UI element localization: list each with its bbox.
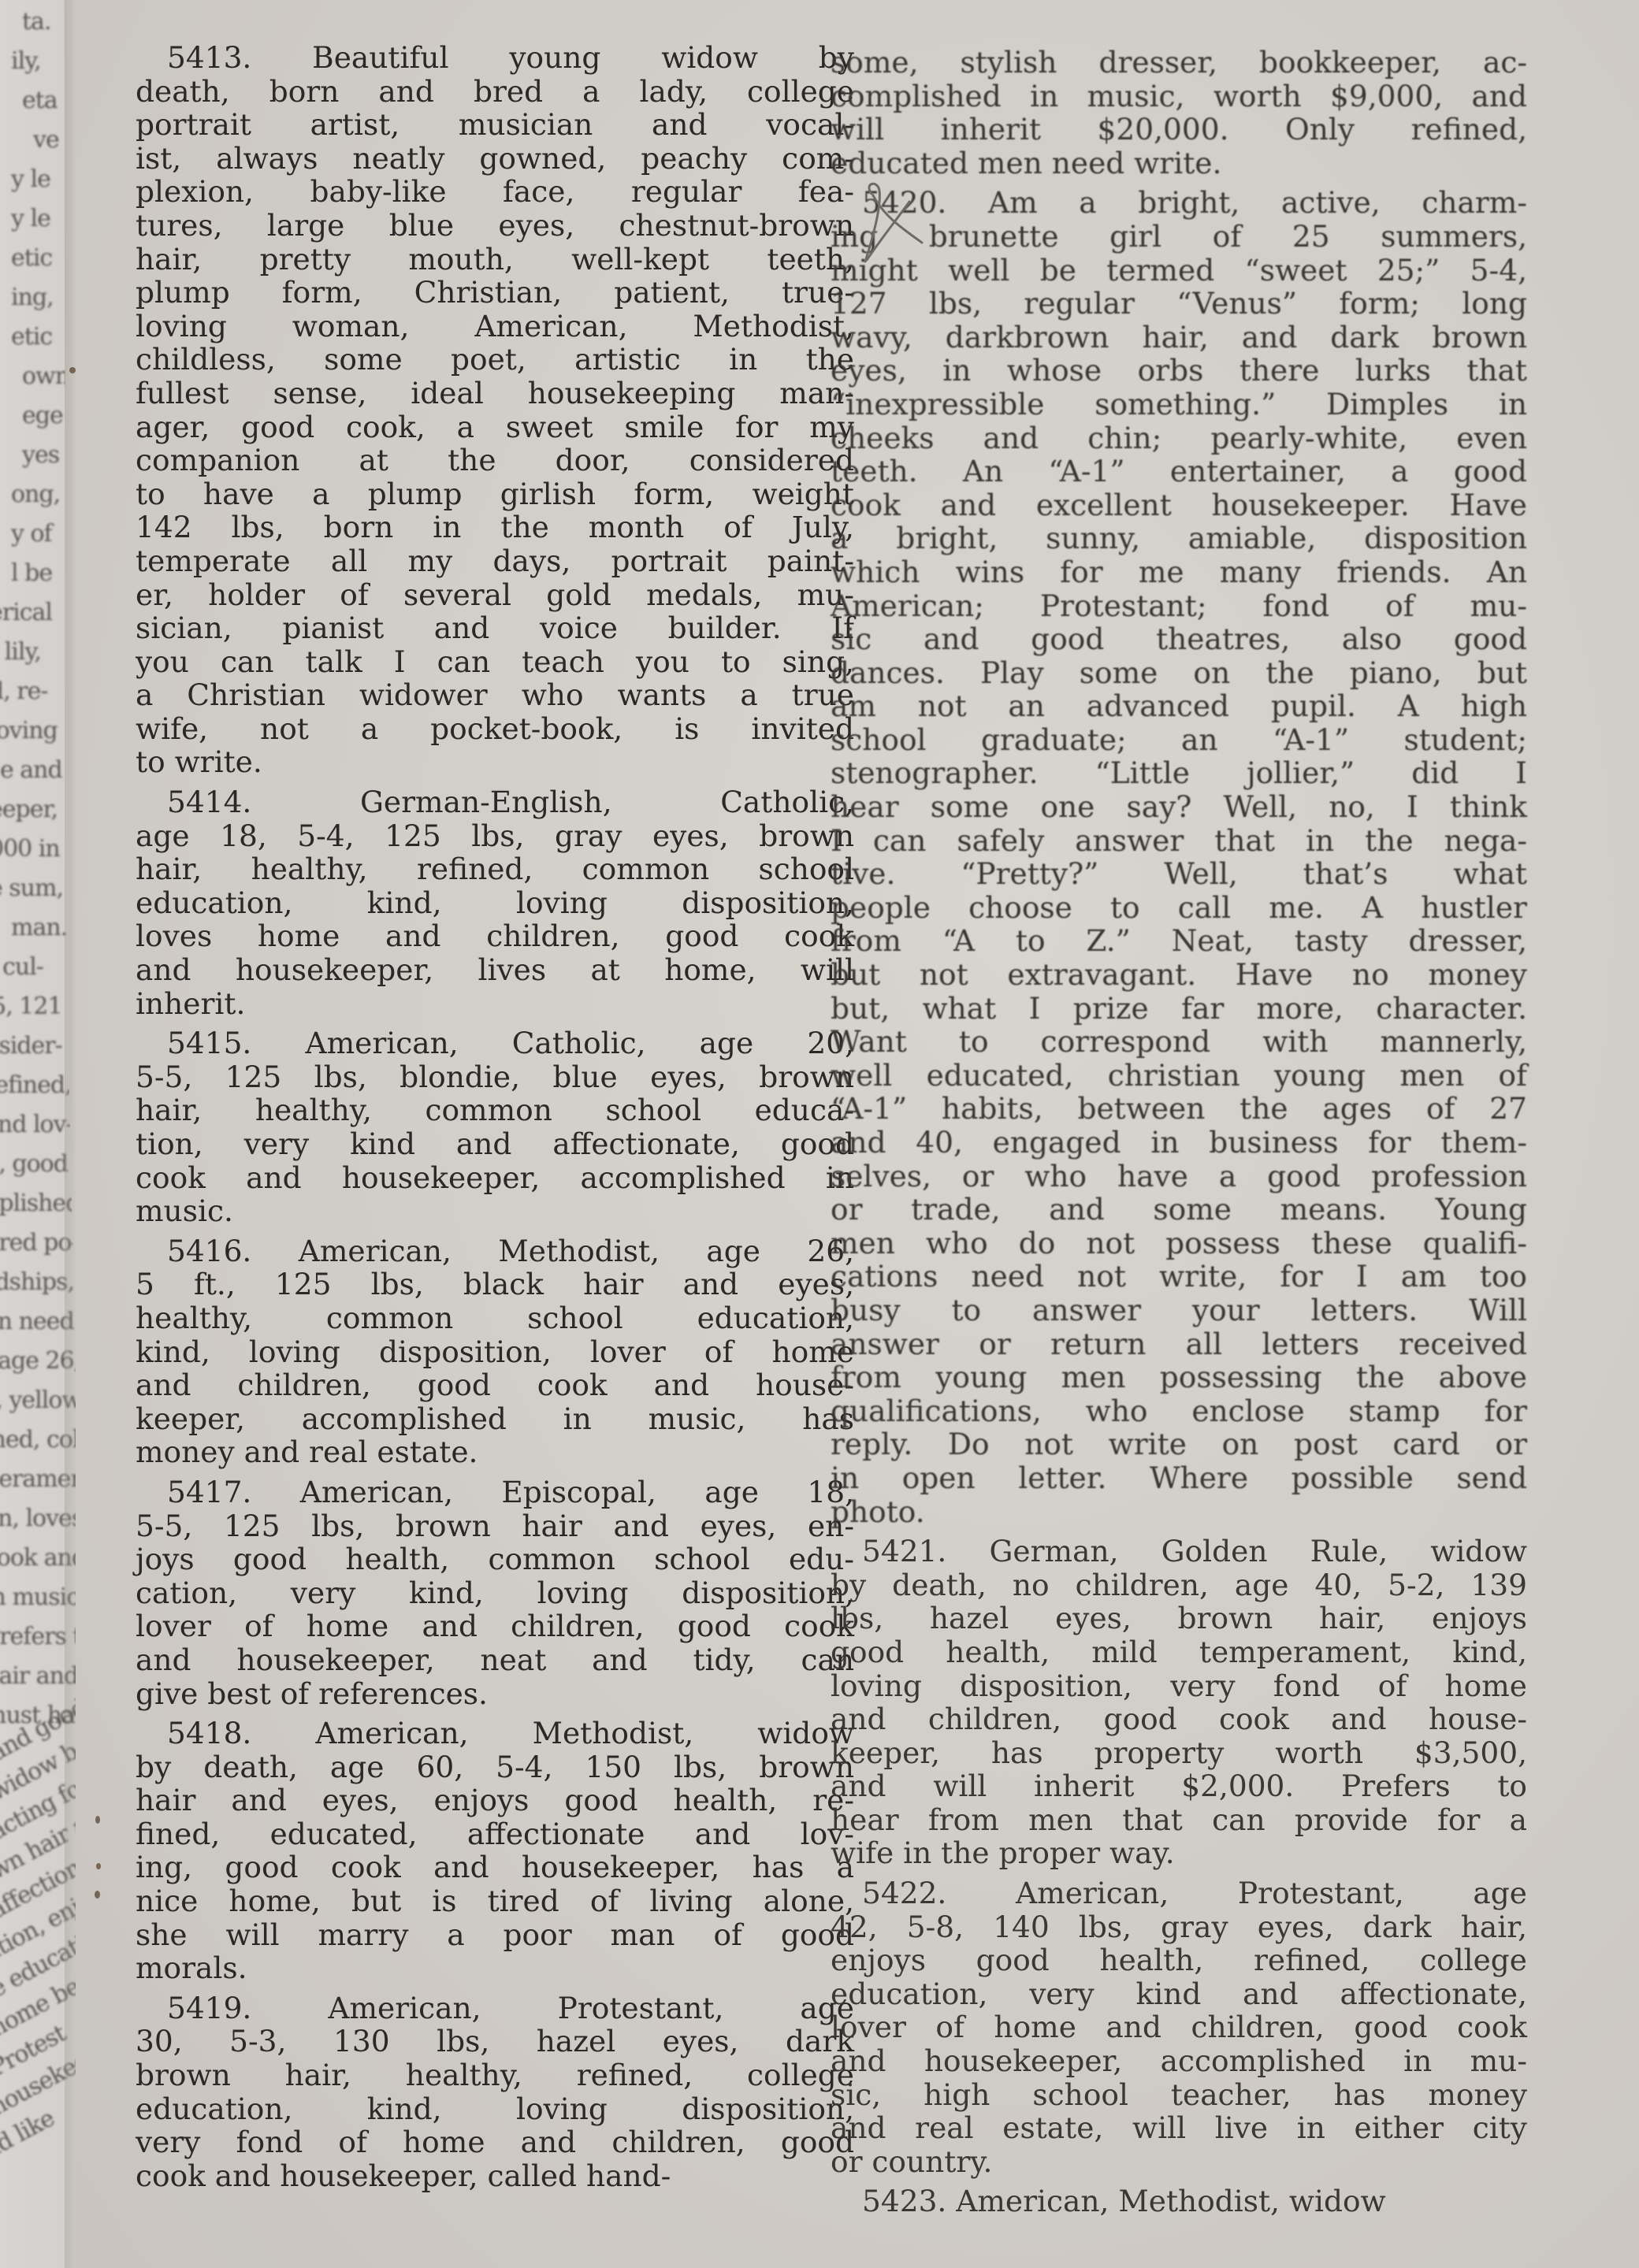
- text-line: fullest sense, ideal housekeeping man-: [136, 377, 854, 410]
- facing-page-fragment: ong,: [11, 481, 60, 508]
- text-line: lover of home and children, good cook: [136, 1609, 854, 1643]
- text-line: which wins for me many friends. An: [831, 555, 1527, 589]
- text-line: wife, not a pocket-book, is invited: [136, 712, 854, 746]
- facing-page-fragment: erical: [0, 599, 52, 626]
- facing-page-fragment: y of: [11, 520, 52, 548]
- text-line: 30, 5-3, 130 lbs, hazel eyes, dark: [136, 2025, 854, 2058]
- text-line: hair, healthy, common school educa-: [136, 1093, 854, 1127]
- facing-page-fragment: refined,: [0, 1071, 72, 1099]
- facing-page-fragment: ege: [22, 402, 63, 429]
- text-line: enjoys good health, refined, college: [831, 1943, 1527, 1977]
- text-line: to write.: [136, 745, 854, 779]
- text-line: 42, 5-8, 140 lbs, gray eyes, dark hair,: [831, 1910, 1527, 1944]
- text-line: keeper, accomplished in music, has: [136, 1402, 854, 1436]
- text-line: ist, always neatly gowned, peachy com-: [136, 142, 854, 176]
- text-line: fined, educated, affectionate and lov-: [136, 1817, 854, 1851]
- text-line: she will marry a poor man of good: [136, 1918, 854, 1952]
- facing-page-fragment: 000 in: [0, 835, 60, 863]
- listing-5416: 5416. American, Methodist, age 26,5 ft.,…: [136, 1234, 854, 1469]
- text-line: education, kind, loving disposition,: [136, 2092, 854, 2126]
- facing-page-fragment: ta.: [22, 8, 50, 35]
- text-line: inherit.: [136, 987, 854, 1021]
- listing-5419: 5419. American, Protestant, age30, 5-3, …: [136, 1991, 854, 2193]
- text-line: and housekeeper, accomplished in mu-: [831, 2044, 1527, 2078]
- listing-5415: 5415. American, Catholic, age 20,5-5, 12…: [136, 1026, 854, 1228]
- text-line: 142 lbs, born in the month of July,: [136, 510, 854, 544]
- facing-page-fragment: en need: [0, 1308, 74, 1335]
- text-line: eyes, in whose orbs there lurks that: [831, 354, 1527, 388]
- facing-page-fragment: , cul-: [0, 953, 43, 981]
- text-line: 5414. German-English, Catholic,: [136, 785, 854, 819]
- facing-page-fragment: y le: [11, 205, 50, 232]
- text-line: ing, good cook and housekeeper, has a: [136, 1850, 854, 1884]
- text-line: hair, pretty mouth, well-kept teeth,: [136, 243, 854, 277]
- listing-5418: 5418. American, Methodist, widowby death…: [136, 1717, 854, 1985]
- text-line: keeper, has property worth $3,500,: [831, 1736, 1527, 1770]
- text-line: healthy, common school education,: [136, 1301, 854, 1335]
- listing-5421: 5421. German, Golden Rule, widowby death…: [831, 1535, 1527, 1870]
- text-line: from young men possessing the above: [831, 1360, 1527, 1394]
- text-line: am not an advanced pupil. A high: [831, 689, 1527, 723]
- text-line: Want to correspond with mannerly,: [831, 1025, 1527, 1059]
- text-line: might well be termed “sweet 25;” 5-4,: [831, 254, 1527, 288]
- listing-5417: 5417. American, Episcopal, age 18,5-5, 1…: [136, 1475, 854, 1710]
- pencil-x-mark-icon: [860, 180, 924, 266]
- facing-page-fragment: e and: [0, 756, 62, 784]
- facing-page-fragment: d, re-: [0, 677, 48, 705]
- text-line: some, stylish dresser, bookkeeper, ac-: [831, 46, 1527, 80]
- facing-page-fragment: ve: [33, 126, 59, 154]
- text-line: and 40, engaged in business for them-: [831, 1126, 1527, 1160]
- text-line: lover of home and children, good cook: [831, 2010, 1527, 2044]
- text-line: er, holder of several gold medals, mu-: [136, 578, 854, 612]
- text-line: 5417. American, Episcopal, age 18,: [136, 1475, 854, 1509]
- facing-page-fragment: ily,: [11, 47, 41, 75]
- facing-page-fragment: eeper,: [0, 796, 58, 823]
- facing-page-fragment: rdships,: [0, 1268, 74, 1296]
- text-line: music.: [136, 1194, 854, 1228]
- text-line: education, very kind and affectionate,: [831, 1977, 1527, 2011]
- text-line: loving disposition, very fond of home: [831, 1669, 1527, 1703]
- text-line: money and real estate.: [136, 1435, 854, 1469]
- text-line: joys good health, common school edu-: [136, 1542, 854, 1576]
- text-line: I can safely answer that in the nega-: [831, 824, 1527, 858]
- text-line: qualifications, who enclose stamp for: [831, 1394, 1527, 1428]
- page-smudge: [95, 1891, 100, 1899]
- text-line: cook and excellent housekeeper. Have: [831, 488, 1527, 522]
- text-line: teeth. An “A-1” entertainer, a good: [831, 455, 1527, 488]
- text-line: give best of references.: [136, 1677, 854, 1711]
- text-line: hear some one say? Well, no, I think: [831, 790, 1527, 824]
- text-line: wife in the proper way.: [831, 1836, 1527, 1870]
- facing-page-fragment: etic: [11, 244, 52, 272]
- continuation-5419: some, stylish dresser, bookkeeper, ac-co…: [831, 46, 1527, 180]
- text-line: sician, pianist and voice builder. If: [136, 611, 854, 645]
- text-line: ing brunette girl of 25 summers,: [831, 220, 1527, 254]
- text-line: and housekeeper, lives at home, will: [136, 953, 854, 987]
- text-line: 5 ft., 125 lbs, black hair and eyes,: [136, 1268, 854, 1301]
- text-line: 5415. American, Catholic, age 20,: [136, 1026, 854, 1060]
- text-line: hear from men that can provide for a: [831, 1803, 1527, 1837]
- text-line: lbs, hazel eyes, brown hair, enjoys: [831, 1602, 1527, 1635]
- text-line: complished in music, worth $9,000, and: [831, 80, 1527, 113]
- text-line: hair, healthy, refined, common school: [136, 852, 854, 886]
- facing-page-fragment: l, lily,: [0, 638, 41, 666]
- text-line: dances. Play some on the piano, but: [831, 656, 1527, 690]
- facing-page-fragment: yes: [22, 441, 59, 469]
- text-line: plexion, baby-like face, regular fea-: [136, 175, 854, 209]
- facing-page-fragment: n, good: [0, 1150, 68, 1178]
- text-line: good health, mild temperament, kind,: [831, 1635, 1527, 1669]
- text-line: 127 lbs, regular “Venus” form; long: [831, 287, 1527, 321]
- text-line: temperate all my days, portrait paint-: [136, 544, 854, 578]
- text-line: and housekeeper, neat and tidy, can: [136, 1643, 854, 1677]
- text-line: 5421. German, Golden Rule, widow: [831, 1535, 1527, 1568]
- text-line: people choose to call me. A hustler: [831, 891, 1527, 925]
- facing-page-fragment: nsider-: [0, 1032, 62, 1060]
- text-line: and children, good cook and house-: [831, 1702, 1527, 1736]
- text-line: sic, high school teacher, has money: [831, 2078, 1527, 2112]
- text-line: and will inherit $2,000. Prefers to: [831, 1769, 1527, 1803]
- text-line: tion, very kind and affectionate, good: [136, 1127, 854, 1161]
- text-line: very fond of home and children, good: [136, 2125, 854, 2159]
- text-line: you can talk I can teach you to sing,: [136, 645, 854, 679]
- text-line: reply. Do not write on post card or: [831, 1427, 1527, 1461]
- listing-5420: 5420. Am a bright, active, charm-ing bru…: [831, 186, 1527, 1528]
- text-line: tive. “Pretty?” Well, that’s what: [831, 857, 1527, 891]
- text-line: or trade, and some means. Young: [831, 1193, 1527, 1227]
- text-line: companion at the door, considered: [136, 444, 854, 477]
- text-line: from “A to Z.” Neat, tasty dresser,: [831, 924, 1527, 958]
- text-line: by death, no children, age 40, 5-2, 139: [831, 1568, 1527, 1602]
- text-line: 5-5, 125 lbs, blondie, blue eyes, brown: [136, 1060, 854, 1094]
- facing-page-fragment: own: [22, 362, 69, 390]
- text-line: 5419. American, Protestant, age: [136, 1991, 854, 2025]
- facing-page-fragment: y le: [11, 165, 50, 193]
- text-line: selves, or who have a good profession: [831, 1160, 1527, 1193]
- left-column: 5413. Beautiful young widow bydeath, bor…: [136, 41, 854, 2199]
- text-line: 5418. American, Methodist, widow: [136, 1717, 854, 1750]
- page-smudge: [95, 1816, 100, 1824]
- text-line: portrait artist, musician and vocal-: [136, 108, 854, 142]
- text-line: and children, good cook and house-: [136, 1368, 854, 1402]
- text-line: a Christian widower who wants a true: [136, 678, 854, 712]
- text-line: stenographer. “Little jollier,” did I: [831, 756, 1527, 790]
- text-line: 5413. Beautiful young widow by: [136, 41, 854, 75]
- text-line: 5420. Am a bright, active, charm-: [831, 186, 1527, 220]
- text-line: busy to answer your letters. Will: [831, 1294, 1527, 1327]
- text-line: educated men need write.: [831, 147, 1527, 180]
- text-line: cheeks and chin; pearly-white, even: [831, 421, 1527, 455]
- text-line: ager, good cook, a sweet smile for my: [136, 410, 854, 444]
- text-line: men who do not possess these qualifi-: [831, 1227, 1527, 1260]
- text-line: “A-1” habits, between the ages of 27: [831, 1092, 1527, 1126]
- text-line: answer or return all letters received: [831, 1327, 1527, 1361]
- facing-page-fragment: l be: [11, 559, 52, 587]
- text-line: and real estate, will live in either cit…: [831, 2111, 1527, 2145]
- text-line: hair and eyes, enjoys good health, re-: [136, 1784, 854, 1817]
- facing-page-fragment: ing,: [11, 284, 54, 311]
- text-line: a bright, sunny, amiable, disposition: [831, 522, 1527, 555]
- page-smudge: [96, 1863, 101, 1869]
- text-line: 5-5, 125 lbs, brown hair and eyes, en-: [136, 1509, 854, 1543]
- text-line: but, what I prize far more, character.: [831, 992, 1527, 1026]
- text-line: school graduate; an “A-1” student;: [831, 723, 1527, 757]
- facing-page-fragment: eta: [22, 87, 58, 114]
- text-line: will inherit $20,000. Only refined,: [831, 113, 1527, 147]
- text-line: cations need not write, for I am too: [831, 1260, 1527, 1294]
- listing-5413: 5413. Beautiful young widow bydeath, bor…: [136, 41, 854, 779]
- facing-page-fragment: man.: [11, 914, 67, 941]
- text-line: plump form, Christian, patient, true-: [136, 276, 854, 310]
- text-line: tures, large blue eyes, chestnut-brown: [136, 209, 854, 243]
- text-line: loves home and children, good cook: [136, 919, 854, 953]
- text-line: cook and housekeeper, accomplished in: [136, 1161, 854, 1195]
- text-line: death, born and bred a lady, college: [136, 75, 854, 109]
- text-line: or country.: [831, 2145, 1527, 2179]
- text-line: kind, loving disposition, lover of home: [136, 1335, 854, 1369]
- facing-page-fragment: e sum,: [0, 874, 63, 902]
- text-line: in open letter. Where possible send: [831, 1461, 1527, 1495]
- facing-page-fragment: and lov-: [0, 1111, 73, 1138]
- text-line: 5422. American, Protestant, age: [831, 1876, 1527, 1910]
- text-line: American; Protestant; fond of mu-: [831, 589, 1527, 623]
- text-line: to have a plump girlish form, weight: [136, 477, 854, 511]
- listing-5422: 5422. American, Protestant, age42, 5-8, …: [831, 1876, 1527, 2178]
- facing-page-fragment: -5, 121: [0, 993, 62, 1020]
- text-line: 5416. American, Methodist, age 26,: [136, 1234, 854, 1268]
- text-line: sic and good theatres, also good: [831, 622, 1527, 656]
- text-line: loving woman, American, Methodist,: [136, 310, 854, 343]
- text-line: cation, very kind, loving disposition,: [136, 1576, 854, 1610]
- listing-5414: 5414. German-English, Catholic,age 18, 5…: [136, 785, 854, 1020]
- text-line: “inexpressible something.” Dimples in: [831, 388, 1527, 421]
- text-line: well educated, christian young men of: [831, 1059, 1527, 1093]
- text-line: 5423. American, Methodist, widow: [831, 2184, 1527, 2218]
- listing-5423: 5423. American, Methodist, widow: [831, 2184, 1527, 2218]
- text-line: by death, age 60, 5-4, 150 lbs, brown: [136, 1750, 854, 1784]
- text-line: wavy, darkbrown hair, and dark brown: [831, 321, 1527, 354]
- text-line: age 18, 5-4, 125 lbs, gray eyes, brown: [136, 819, 854, 853]
- text-line: but not extravagant. Have no money: [831, 958, 1527, 992]
- text-line: cook and housekeeper, called hand-: [136, 2159, 854, 2193]
- text-line: education, kind, loving disposition,: [136, 886, 854, 920]
- facing-page-fragment: loving: [0, 717, 58, 744]
- text-line: nice home, but is tired of living alone,: [136, 1884, 854, 1918]
- right-column: some, stylish dresser, bookkeeper, ac-co…: [831, 46, 1527, 2225]
- text-line: morals.: [136, 1951, 854, 1985]
- facing-page-fragment: etic: [11, 323, 52, 351]
- text-line: brown hair, healthy, refined, college: [136, 2058, 854, 2092]
- text-line: childless, some poet, artistic in the: [136, 343, 854, 377]
- page-smudge: [69, 367, 76, 373]
- text-line: photo.: [831, 1495, 1527, 1529]
